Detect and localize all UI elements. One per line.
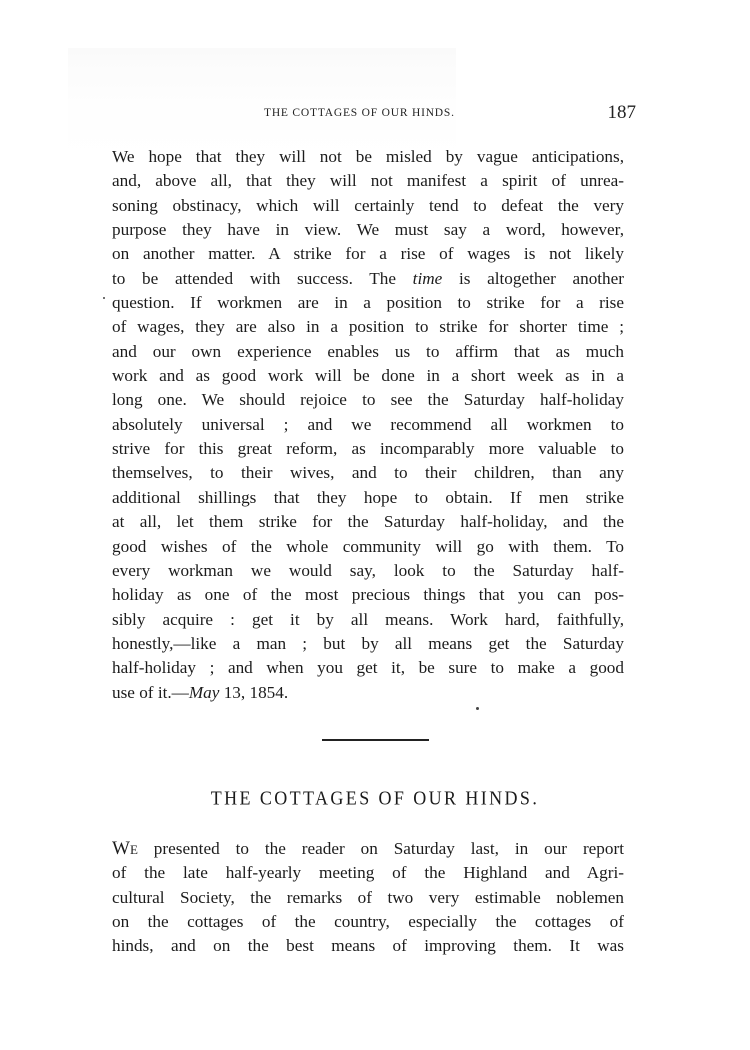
text-line: hinds, and on the best means of improvin…	[112, 934, 624, 958]
text-line: absolutely universal ; and we recommend …	[112, 413, 624, 437]
first-line-text: presented to the reader on Saturday last…	[138, 839, 624, 858]
text-line: sibly acquire : get it by all means. Wor…	[112, 608, 624, 632]
text-line: of wages, they are also in a position to…	[112, 315, 624, 339]
closing-date-month: May	[189, 683, 220, 702]
print-speck	[476, 707, 479, 710]
closing-prefix: use of it.—	[112, 683, 189, 702]
page-number: 187	[608, 102, 637, 124]
text-segment: to be attended with success. The	[112, 269, 413, 288]
running-title: THE COTTAGES OF OUR HINDS.	[264, 107, 455, 119]
text-line: soning obstinacy, which will certainly t…	[112, 194, 624, 218]
text-line: every workman we would say, look to the …	[112, 559, 624, 583]
section-divider-rule	[322, 739, 429, 741]
text-line-with-italic: to be attended with success. The time is…	[112, 267, 624, 291]
text-line: long one. We should rejoice to see the S…	[112, 388, 624, 412]
section-title: THE COTTAGES OF OUR HINDS.	[0, 787, 750, 811]
closing-dateline: use of it.—May 13, 1854.	[112, 681, 624, 705]
text-line: half-holiday ; and when you get it, be s…	[112, 656, 624, 680]
text-line: and our own experience enables us to aff…	[112, 340, 624, 364]
text-line: additional shillings that they hope to o…	[112, 486, 624, 510]
text-line: themselves, to their wives, and to their…	[112, 461, 624, 485]
new-article-text: WE presented to the reader on Saturday l…	[112, 837, 624, 959]
text-line: purpose they have in view. We must say a…	[112, 218, 624, 242]
text-line: on the cottages of the country, especial…	[112, 910, 624, 934]
text-line: and, above all, that they will not manif…	[112, 169, 624, 193]
text-line: holiday as one of the most precious thin…	[112, 583, 624, 607]
text-line: of the late half-yearly meeting of the H…	[112, 861, 624, 885]
running-head: THE COTTAGES OF OUR HINDS. 187	[264, 102, 644, 126]
italic-word: time	[413, 269, 443, 288]
text-line: work and as good work will be done in a …	[112, 364, 624, 388]
drop-initial-rest: E	[130, 842, 138, 857]
drop-initial: W	[112, 838, 130, 859]
text-line: at all, let them strike for the Saturday…	[112, 510, 624, 534]
text-line-first: WE presented to the reader on Saturday l…	[112, 837, 624, 861]
text-line: strive for this great reform, as incompa…	[112, 437, 624, 461]
continued-article-text: We hope that they will not be misled by …	[112, 145, 624, 705]
text-line: good wishes of the whole community will …	[112, 535, 624, 559]
text-line: on another matter. A strike for a rise o…	[112, 242, 624, 266]
text-line: honestly,—like a man ; but by all means …	[112, 632, 624, 656]
text-line: cultural Society, the remarks of two ver…	[112, 886, 624, 910]
text-line: question. If workmen are in a position t…	[112, 291, 624, 315]
print-speck	[103, 297, 105, 299]
closing-date-rest: 13, 1854.	[219, 683, 288, 702]
text-segment: is altogether another	[442, 269, 624, 288]
text-line: We hope that they will not be misled by …	[112, 145, 624, 169]
